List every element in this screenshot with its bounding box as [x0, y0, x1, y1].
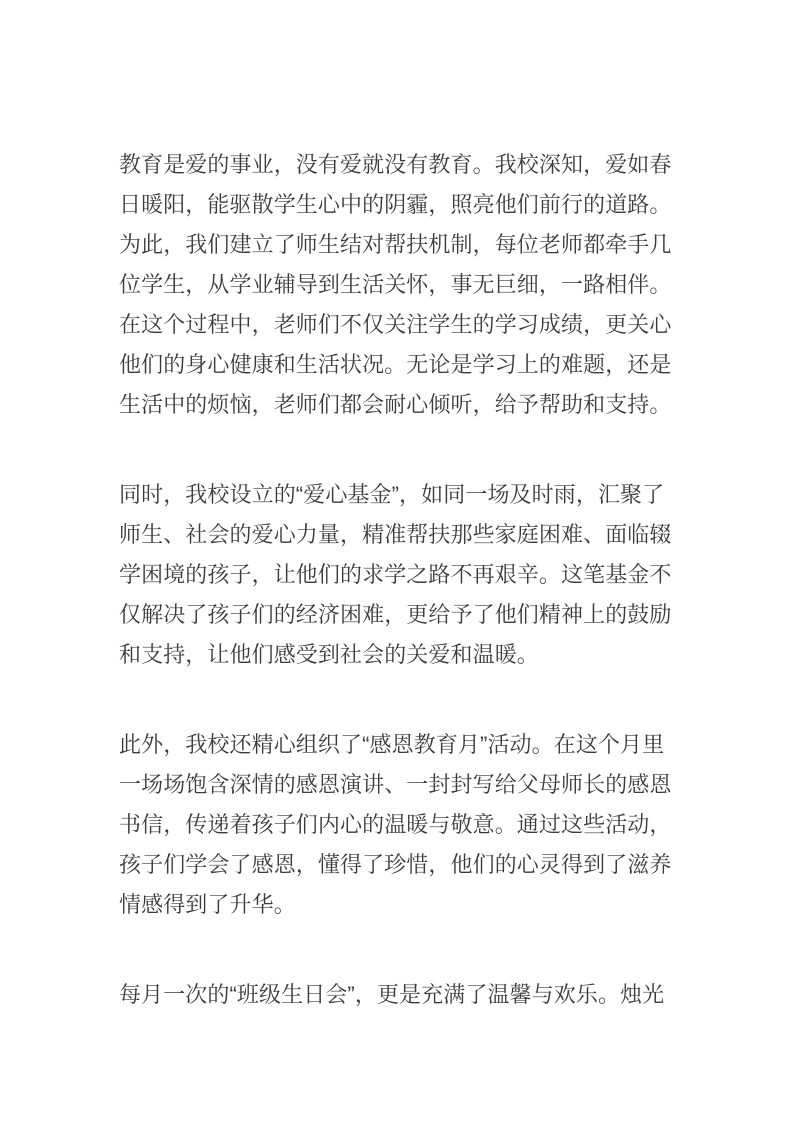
document-page: 教育是爱的事业，没有爱就没有教育。我校深知，爱如春 日暖阳，能驱散学生心中的阴霾… — [0, 0, 793, 1122]
paragraph-4: 每月一次的“班级生日会”，更是充满了温馨与欢乐。烛光 — [119, 975, 675, 1015]
paragraph-3: 此外，我校还精心组织了“感恩教育月”活动。在这个月里 一场场饱含深情的感恩演讲、… — [119, 725, 675, 925]
paragraph-2: 同时，我校设立的“爱心基金”，如同一场及时雨，汇聚了 师生、社会的爱心力量，精准… — [119, 475, 675, 675]
document-body: 教育是爱的事业，没有爱就没有教育。我校深知，爱如春 日暖阳，能驱散学生心中的阴霾… — [119, 145, 675, 1015]
paragraph-1: 教育是爱的事业，没有爱就没有教育。我校深知，爱如春 日暖阳，能驱散学生心中的阴霾… — [119, 145, 675, 425]
